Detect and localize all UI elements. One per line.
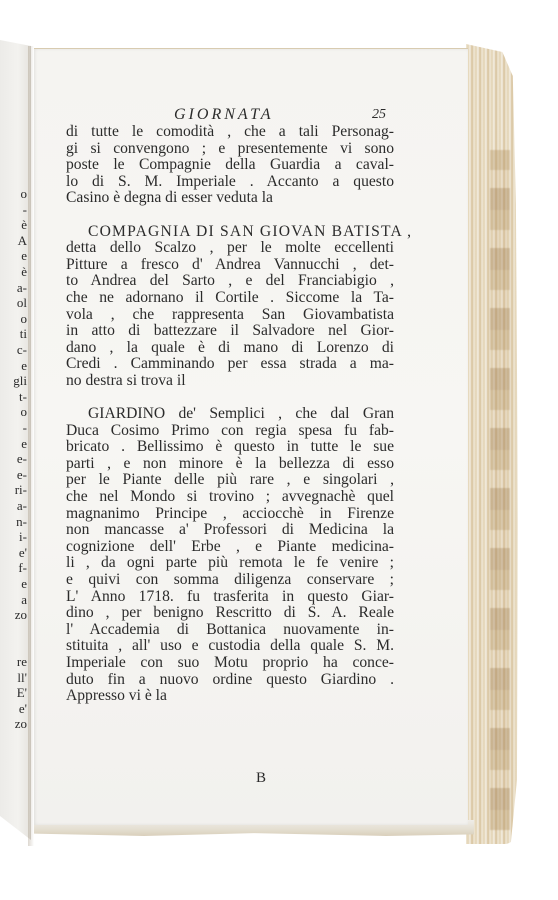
- text-line: e quivi con somma diligenza conservare ;: [66, 572, 394, 589]
- left-page-text-fragment: i-: [19, 529, 27, 545]
- text-line: lo di S. M. Imperiale . Accanto a questo: [66, 174, 394, 191]
- left-page-text-fragment: ol: [17, 295, 27, 311]
- section-heading-giardino: GIARDINO de' Semplici , che dal Gran: [66, 406, 394, 423]
- text-line: Casino è degna di esser veduta la: [66, 190, 394, 207]
- text-line: to Andrea del Sarto , e del Franciabigio…: [66, 273, 394, 290]
- paragraph-giardino: GIARDINO de' Semplici , che dal Gran Duc…: [66, 406, 394, 705]
- left-page-text-fragment: gli: [13, 373, 27, 389]
- paragraph-1: di tutte le comodità , che a tali Person…: [66, 124, 394, 207]
- text-line: magnanimo Principe , acciocchè in Firenz…: [66, 506, 394, 523]
- text-line: bricato . Bellissimo è questo in tutte l…: [66, 439, 394, 456]
- text-line: li , da ogni parte più remota le fe veni…: [66, 555, 394, 572]
- text-line: Pitture a fresco d' Andrea Vannucchi , d…: [66, 257, 394, 274]
- left-page-text-fragment: n-: [16, 514, 27, 530]
- left-page-text-fragment: e: [21, 436, 27, 452]
- left-page-text-fragment: f-: [18, 560, 27, 576]
- fore-edge-stain: [490, 150, 510, 830]
- text-line: stituita , all' uso e custodia della qua…: [66, 638, 394, 655]
- text-line: per le Piante delle più rare , e singola…: [66, 472, 394, 489]
- text-line: non mancasse a' Professori di Medicina l…: [66, 522, 394, 539]
- left-page-text-fragment: e: [21, 248, 27, 264]
- left-page-text-fragment: e': [19, 545, 27, 561]
- left-page-text-fragment: -: [23, 420, 27, 436]
- text-line: detta dello Scalzo , per le molte eccell…: [66, 240, 394, 257]
- text-line: L' Anno 1718. fu trasferita in questo Gi…: [66, 589, 394, 606]
- left-page-text-fragment: zo: [15, 607, 27, 623]
- left-page-text-fragment: è: [21, 264, 27, 280]
- left-page-text-fragment: a-: [17, 280, 27, 296]
- left-page-text-fragment: e: [21, 576, 27, 592]
- text-line: Imperiale con suo Motu proprio ha conce-: [66, 655, 394, 672]
- book-page: GIORNATA 25 di tutte le comodità , che a…: [34, 48, 468, 825]
- text-line: dino , per benigno Rescritto di S. A. Re…: [66, 605, 394, 622]
- text-line: poste le Compagnie della Guardia a caval…: [66, 157, 394, 174]
- left-page-text-fragment: zo: [15, 716, 27, 732]
- text-line: Credi . Camminando per essa strada a ma-: [66, 356, 394, 373]
- text-line: che nel Mondo si trovino ; avvegnachè qu…: [66, 489, 394, 506]
- left-page-text-fragment: t-: [19, 389, 27, 405]
- text-line: dano , la quale è di mano di Lorenzo di: [66, 340, 394, 357]
- text-line: no destra si trova il: [66, 373, 394, 390]
- text-line: Appresso vi è la: [66, 688, 394, 705]
- signature-mark: B: [256, 770, 266, 787]
- text-line: in atto di battezzare il Salvadore nel G…: [66, 323, 394, 340]
- left-page-text-fragment: ll': [17, 670, 27, 686]
- section-heading-compagnia: COMPAGNIA DI SAN GIOVAN BATISTA ,: [66, 224, 394, 241]
- left-page-text-fragment: è: [21, 217, 27, 233]
- left-page-text-fragment: e': [19, 701, 27, 717]
- text-line: che ne adornano il Cortile . Siccome la …: [66, 290, 394, 307]
- left-page-text-fragment: o: [21, 186, 28, 202]
- left-page-text-fragment: e: [21, 358, 27, 374]
- left-page-text-fragment: c-: [17, 342, 27, 358]
- text-line: l' Accademia di Bottanica nuovamente in-: [66, 622, 394, 639]
- left-page-text-fragment: re: [17, 654, 27, 670]
- text-line: duto fin a nuovo ordine questo Giardino …: [66, 672, 394, 689]
- running-head-title: GIORNATA: [174, 107, 274, 124]
- left-page-text-fragment: e-: [17, 467, 27, 483]
- text-line: gi si convengono ; e presentemente vi so…: [66, 141, 394, 158]
- left-page-text-fragment: ri-: [15, 482, 27, 498]
- left-page-text-fragment: ti: [20, 326, 27, 342]
- left-page-text-fragment: o: [21, 404, 28, 420]
- left-page-text-fragment: A: [18, 233, 27, 249]
- left-page-text-fragment: o: [21, 311, 28, 327]
- left-page-text-fragment: a: [21, 592, 27, 608]
- paragraph-compagnia: COMPAGNIA DI SAN GIOVAN BATISTA , detta …: [66, 224, 394, 390]
- text-line: parti , e non minore è la bellezza di es…: [66, 456, 394, 473]
- left-page-text-fragment: e-: [17, 451, 27, 467]
- facing-left-page: o-èAeèa-olotic-eglit-o-ee-e-ri-a-n-i-e'f…: [0, 40, 31, 840]
- left-page-text-fragment: -: [23, 202, 27, 218]
- page-text-block: GIORNATA 25 di tutte le comodità , che a…: [66, 107, 394, 705]
- left-page-text-fragment: a-: [17, 498, 27, 514]
- text-line: vola , che rappresenta San Giovambatista: [66, 307, 394, 324]
- left-page-text-fragment: E': [17, 685, 27, 701]
- running-head: GIORNATA 25: [66, 107, 394, 127]
- text-line: cognizione dell' Erbe , e Piante medicin…: [66, 539, 394, 556]
- page-number: 25: [372, 107, 386, 124]
- text-line: Duca Cosimo Primo con regia spesa fu fab…: [66, 423, 394, 440]
